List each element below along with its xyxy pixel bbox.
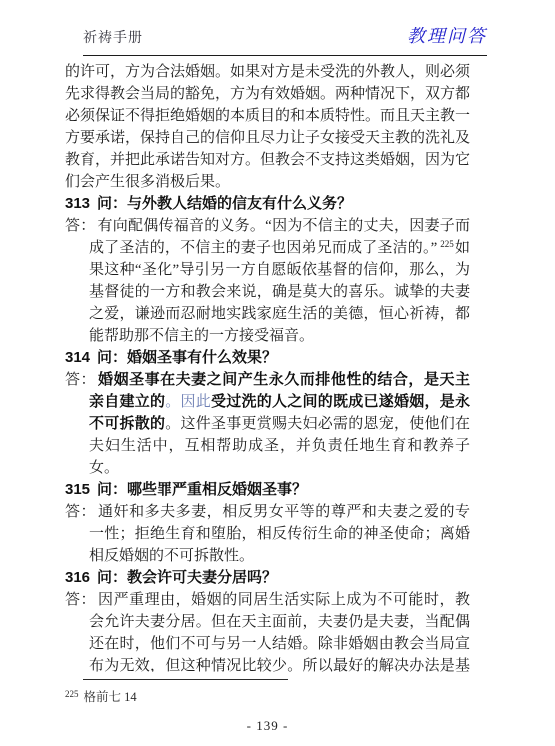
- footnote-marker: 225: [65, 689, 79, 699]
- answer-text: 有向配偶传福音的义务。“因为不信主的丈夫，因妻子而成了圣洁的，不信主的妻子也因弟…: [89, 218, 470, 344]
- qa-block: 313问：与外教人结婚的信友有什么义务？ 答：有向配偶传福音的义务。“因为不信主…: [65, 193, 470, 347]
- answer-label: 答：: [65, 218, 96, 234]
- footnote-reference: 225: [440, 239, 454, 249]
- answer-segment: 有向配偶传福音的义务。“因为不信主的丈夫，因妻子而成了圣洁的，不信主的妻子也因弟…: [89, 218, 470, 256]
- question-text: 哪些罪严重相反婚姻圣事？: [127, 481, 307, 498]
- question-number: 315: [65, 481, 90, 498]
- answer-paragraph: 答：有向配偶传福音的义务。“因为不信主的丈夫，因妻子而成了圣洁的，不信主的妻子也…: [65, 215, 470, 347]
- answer-text: 婚姻圣事在夫妻之间产生永久而排他性的结合，是天主亲自建立的。因此受过洗的人之间的…: [89, 372, 470, 476]
- answer-text: 通奸和多夫多妻，相反男女平等的尊严和夫妻之爱的专一性；拒绝生育和堕胎，相反传衍生…: [89, 504, 470, 564]
- question-label: 问：: [97, 569, 127, 586]
- question-number: 316: [65, 569, 90, 586]
- question-text: 教会许可夫妻分居吗？: [127, 569, 277, 586]
- question-label: 问：: [97, 349, 127, 366]
- answer-label: 答：: [65, 504, 96, 520]
- qa-list: 313问：与外教人结婚的信友有什么义务？ 答：有向配偶传福音的义务。“因为不信主…: [65, 193, 470, 672]
- answer-label: 答：: [65, 372, 96, 388]
- answer-segment: 因严重理由，婚姻的同居生活实际上成为不可能时，教会允许夫妻分居。但在天主面前，夫…: [89, 592, 470, 672]
- footnote: 225格前七 14: [65, 687, 470, 705]
- qa-block: 314问：婚姻圣事有什么效果？ 答：婚姻圣事在夫妻之间产生永久而排他性的结合，是…: [65, 347, 470, 479]
- footnote-text: 格前七 14: [84, 690, 137, 704]
- footnote-area: 225格前七 14 - 139 -: [65, 679, 470, 734]
- answer-segment: 通奸和多夫多妻，相反男女平等的尊严和夫妻之爱的专一性；拒绝生育和堕胎，相反传衍生…: [89, 504, 470, 564]
- question-line: 314问：婚姻圣事有什么效果？: [65, 347, 470, 369]
- question-text: 与外教人结婚的信友有什么义务？: [127, 195, 352, 212]
- question-line: 315问：哪些罪严重相反婚姻圣事？: [65, 479, 470, 501]
- continuation-paragraph: 的许可，方为合法婚姻。如果对方是未受洗的外教人，则必须先求得教会当局的豁免，方为…: [65, 61, 470, 193]
- document-page: 祈祷手册 教理问答 的许可，方为合法婚姻。如果对方是未受洗的外教人，则必须先求得…: [0, 0, 555, 746]
- qa-block: 316问：教会许可夫妻分居吗？ 答：因严重理由，婚姻的同居生活实际上成为不可能时…: [65, 567, 470, 672]
- qa-block: 315问：哪些罪严重相反婚姻圣事？ 答：通奸和多夫多妻，相反男女平等的尊严和夫妻…: [65, 479, 470, 567]
- question-line: 316问：教会许可夫妻分居吗？: [65, 567, 470, 589]
- question-number: 313: [65, 195, 90, 212]
- question-label: 问：: [97, 481, 127, 498]
- answer-text: 因严重理由，婚姻的同居生活实际上成为不可能时，教会允许夫妻分居。但在天主面前，夫…: [89, 592, 470, 672]
- section-title: 教理问答: [407, 22, 487, 48]
- answer-paragraph: 答：因严重理由，婚姻的同居生活实际上成为不可能时，教会允许夫妻分居。但在天主面前…: [65, 589, 470, 672]
- question-label: 问：: [97, 195, 127, 212]
- book-title: 祈祷手册: [83, 27, 143, 47]
- page-content: 的许可，方为合法婚姻。如果对方是未受洗的外教人，则必须先求得教会当局的豁免，方为…: [65, 61, 470, 672]
- page-number: - 139 -: [65, 718, 470, 734]
- question-number: 314: [65, 349, 90, 366]
- answer-paragraph: 答：婚姻圣事在夫妻之间产生永久而排他性的结合，是天主亲自建立的。因此受过洗的人之…: [65, 369, 470, 479]
- answer-segment: 。因此: [165, 394, 211, 410]
- answer-paragraph: 答：通奸和多夫多妻，相反男女平等的尊严和夫妻之爱的专一性；拒绝生育和堕胎，相反传…: [65, 501, 470, 567]
- question-text: 婚姻圣事有什么效果？: [127, 349, 277, 366]
- answer-label: 答：: [65, 592, 96, 608]
- question-line: 313问：与外教人结婚的信友有什么义务？: [65, 193, 470, 215]
- page-header: 祈祷手册 教理问答: [83, 22, 487, 56]
- footnote-separator: [83, 679, 288, 680]
